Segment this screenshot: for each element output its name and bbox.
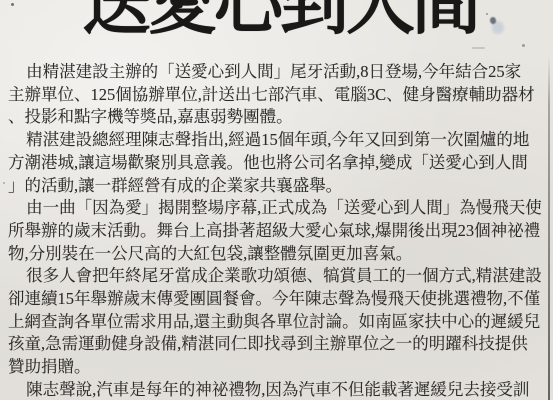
article-paragraph: 很多人會把年終尾牙當成企業歌功頌德、犒賞員工的一個方式,精湛建設 卻連續15年舉… [8,265,549,379]
paper-speck [472,47,485,49]
article-paragraph: 陳志聲說,汽車是每年的神祕禮物,因為汽車不但能載著遲緩兒去接受訓 [8,379,549,400]
article-headline: 送愛心到人間 [82,0,478,39]
paper-speck [3,182,5,184]
article-paragraph: 精湛建設總經理陳志聲指出,經過15個年頭,今年又回到第一次圍爐的地 方潮港城,讓… [8,129,549,197]
paper-speck [11,3,14,6]
column-divider-rule [548,56,550,400]
paper-speck [522,44,525,47]
newspaper-scan: 送愛心到人間 由精湛建設主辦的「送愛心到人間」尾牙活動,8日登場,今年結合25家… [0,0,553,400]
article-paragraph: 由一曲「因為愛」揭開整場序幕,正式成為「送愛心到人間」為慢飛天使 所舉辦的歲末活… [8,197,549,265]
article-paragraph: 由精湛建設主辦的「送愛心到人間」尾牙活動,8日登場,今年結合25家 主辦單位、1… [8,61,549,129]
article-body: 由精湛建設主辦的「送愛心到人間」尾牙活動,8日登場,今年結合25家 主辦單位、1… [8,61,549,400]
paper-speck [486,13,488,15]
